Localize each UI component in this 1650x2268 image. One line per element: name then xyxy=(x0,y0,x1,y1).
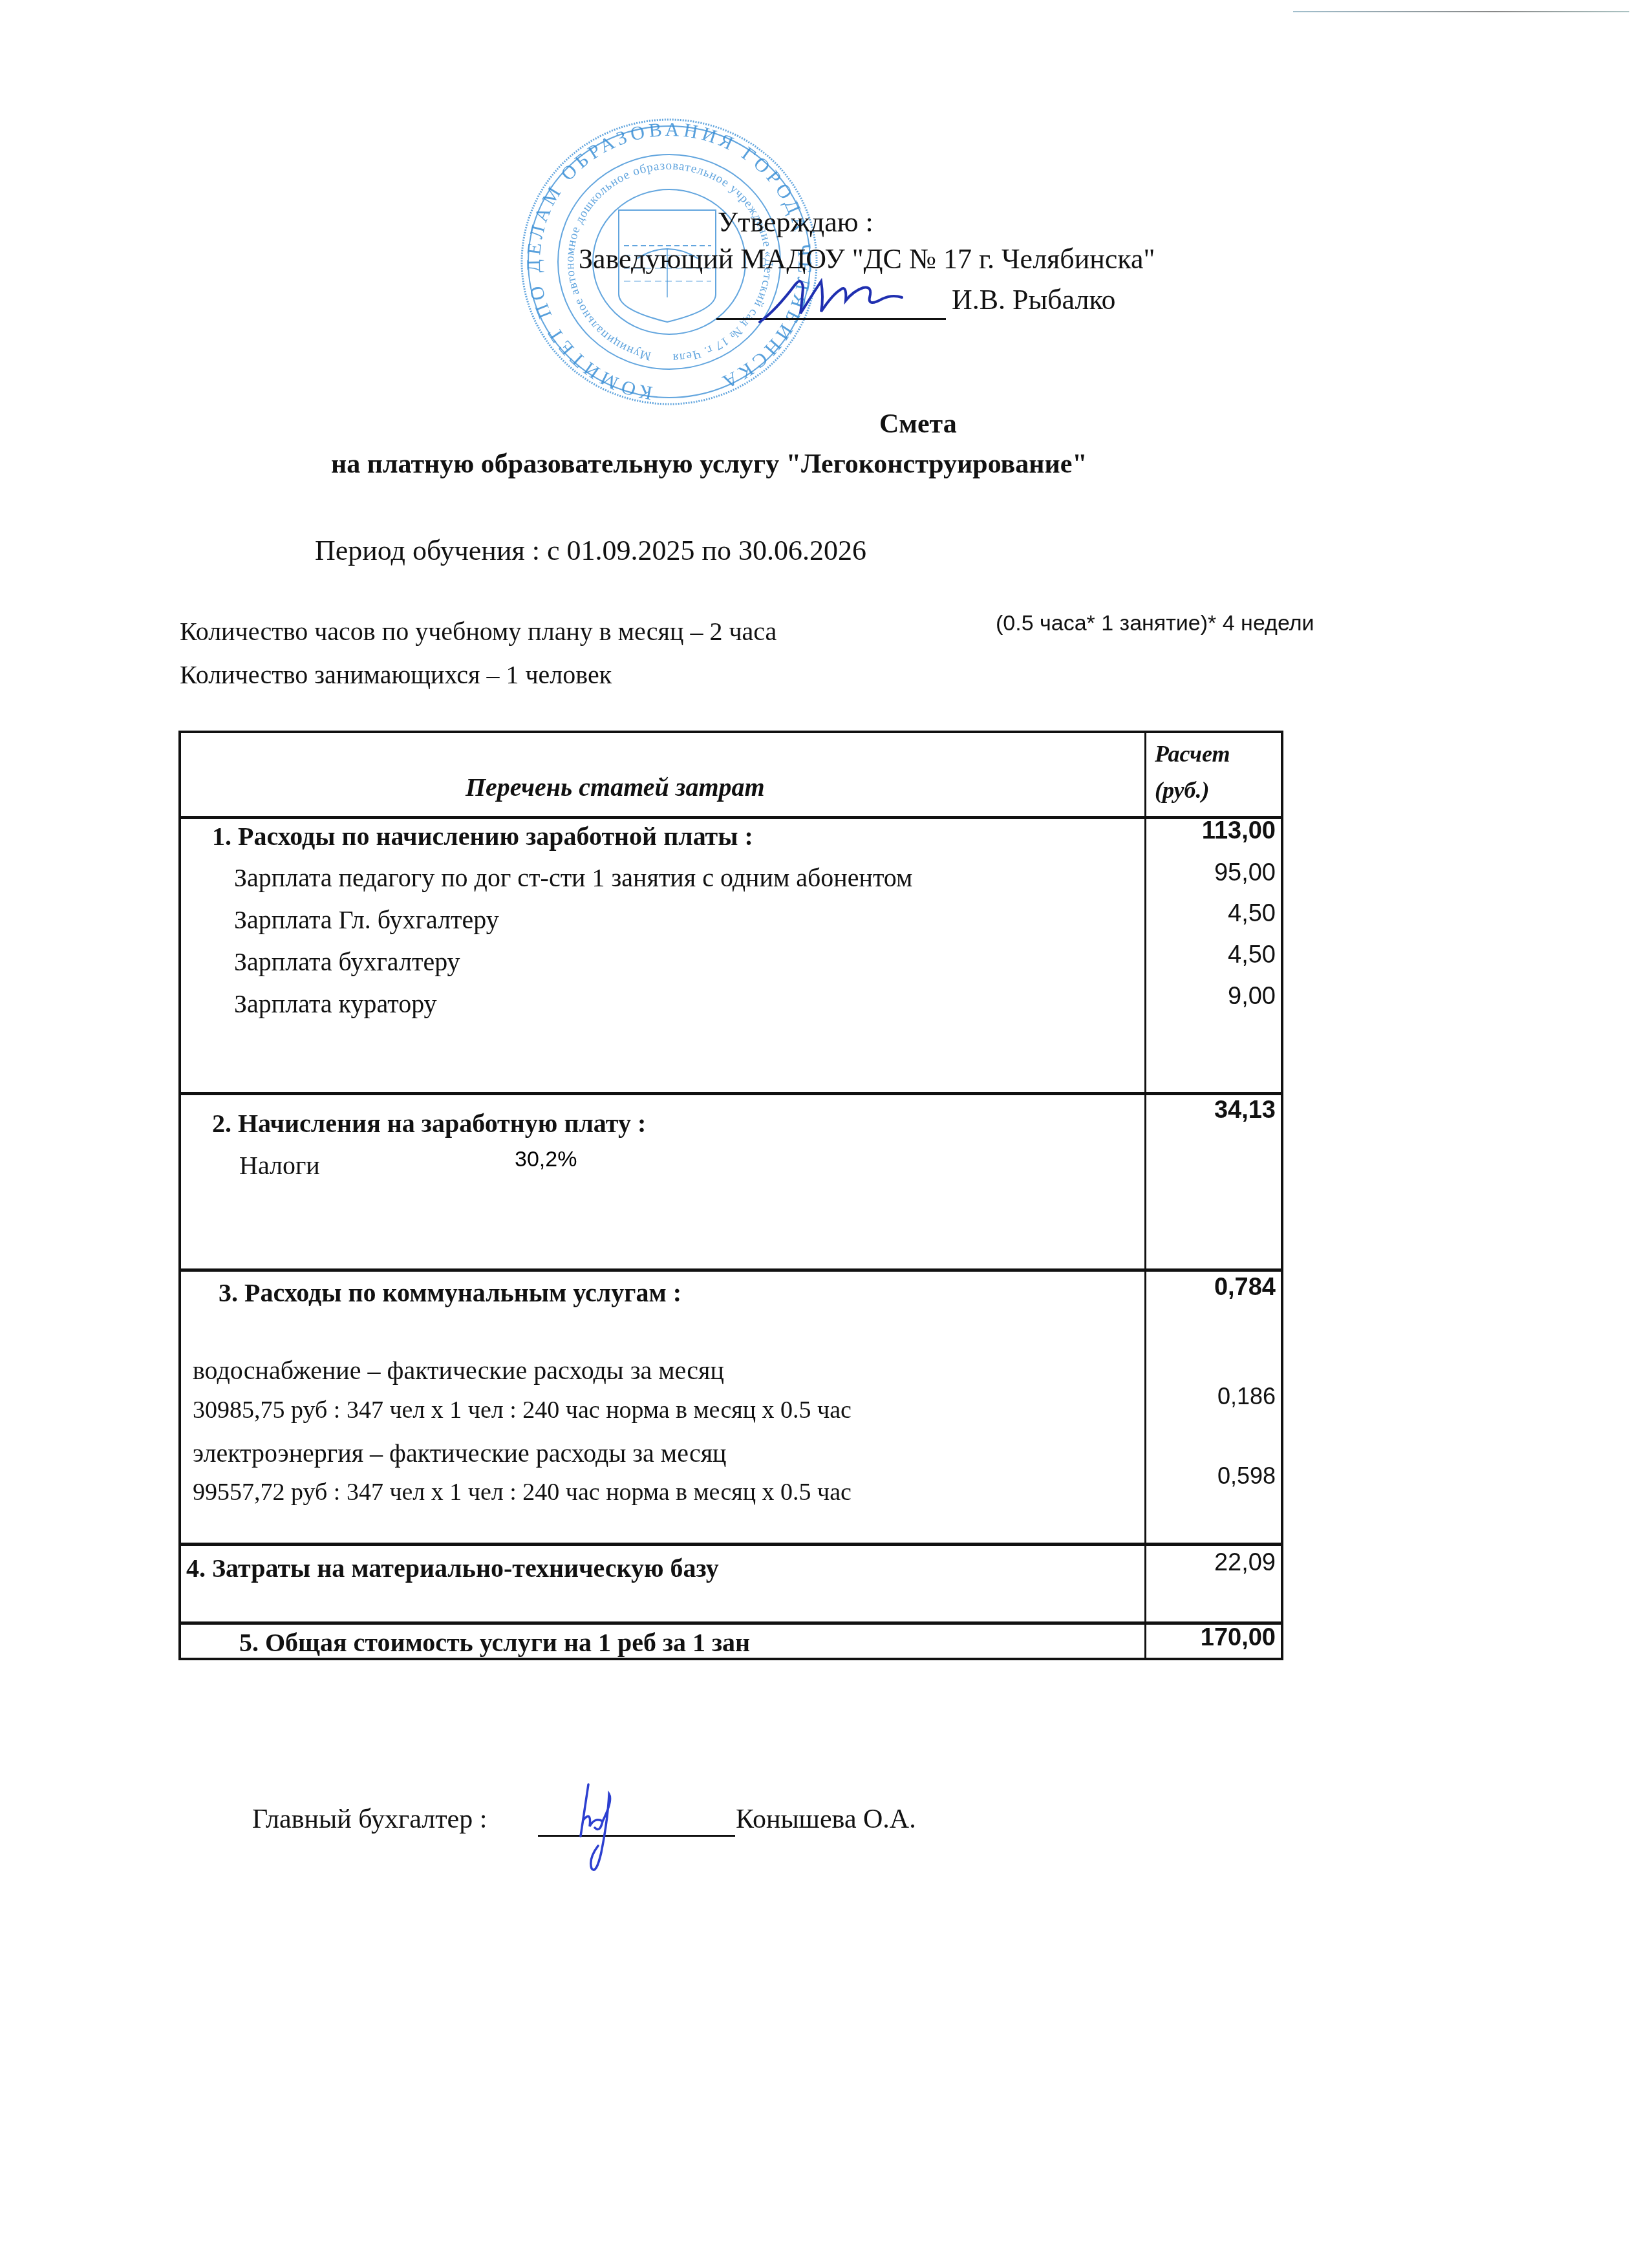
section-5-total: 170,00 xyxy=(1201,1624,1276,1652)
section-1-item-2-value: 4,50 xyxy=(1228,900,1276,928)
header-items-column: Перечень статей затрат xyxy=(466,772,765,802)
section-3-item-2: электроэнергия – фактические расходы за … xyxy=(193,1438,726,1468)
section-3-item-1: водоснабжение – фактические расходы за м… xyxy=(193,1355,724,1385)
header-divider xyxy=(181,816,1281,819)
section-1-item-1-value: 95,00 xyxy=(1214,859,1276,887)
document-title: Смета xyxy=(879,409,957,440)
section-1-item-4: Зарплата куратору xyxy=(234,989,437,1019)
cost-estimate-table: Перечень статей затрат Расчет (руб.) 1. … xyxy=(178,731,1283,1660)
study-period: Период обучения : с 01.09.2025 по 30.06.… xyxy=(315,534,866,567)
students-count: Количество занимающихся – 1 человек xyxy=(180,659,612,690)
header-calc-column: Расчет (руб.) xyxy=(1155,736,1230,808)
section-3-item-2-formula: 99557,72 руб : 347 чел х 1 чел : 240 час… xyxy=(193,1478,852,1506)
chief-accountant-label: Главный бухгалтер : xyxy=(252,1804,487,1835)
section-3-title: 3. Расходы по коммунальным услугам : xyxy=(219,1278,681,1308)
section-4-total: 22,09 xyxy=(1214,1549,1276,1577)
section-1-title: 1. Расходы по начислению заработной плат… xyxy=(212,821,753,851)
row-divider xyxy=(181,1268,1281,1272)
document-subtitle: на платную образовательную услугу "Легок… xyxy=(331,449,1087,480)
section-1-item-4-value: 9,00 xyxy=(1228,983,1276,1011)
section-5-title: 5. Общая стоимость услуги на 1 реб за 1 … xyxy=(239,1627,750,1658)
approval-heading: Утверждаю : xyxy=(718,206,873,239)
chief-accountant-signature-icon xyxy=(562,1781,640,1878)
header-calc-line1: Расчет xyxy=(1155,736,1230,772)
section-4-title: 4. Затраты на материально-техническую ба… xyxy=(186,1553,719,1583)
section-2-tax-rate: 30,2% xyxy=(515,1147,577,1172)
chief-accountant-name: Конышева О.А. xyxy=(736,1804,916,1835)
section-1-item-2: Зарплата Гл. бухгалтеру xyxy=(234,904,499,935)
section-1-item-3: Зарплата бухгалтеру xyxy=(234,947,460,977)
document-page: КОМИТЕТ ПО ДЕЛАМ ОБРАЗОВАНИЯ ГОРОДА ЧЕЛЯ… xyxy=(0,0,1650,2268)
section-1-total: 113,00 xyxy=(1202,817,1276,845)
column-divider xyxy=(1144,733,1146,1658)
row-divider xyxy=(181,1092,1281,1095)
section-1-item-1: Зарплата педагогу по дог ст-сти 1 заняти… xyxy=(234,862,912,893)
scan-artifact-line xyxy=(1293,11,1629,12)
section-2-item-1: Налоги xyxy=(239,1150,320,1181)
header-calc-line2: (руб.) xyxy=(1155,772,1230,808)
director-name: И.В. Рыбалко xyxy=(952,283,1116,316)
section-3-total: 0,784 xyxy=(1214,1274,1276,1301)
section-2-title: 2. Начисления на заработную плату : xyxy=(212,1108,646,1139)
section-3-item-1-value: 0,186 xyxy=(1217,1383,1276,1410)
section-3-item-1-formula: 30985,75 руб : 347 чел х 1 чел : 240 час… xyxy=(193,1396,852,1424)
hours-per-month: Количество часов по учебному плану в мес… xyxy=(180,616,777,647)
row-divider xyxy=(181,1543,1281,1546)
section-1-item-3-value: 4,50 xyxy=(1228,941,1276,969)
director-signature-icon xyxy=(756,272,925,323)
row-divider xyxy=(181,1621,1281,1625)
section-2-total: 34,13 xyxy=(1214,1097,1276,1124)
approval-position: Заведующий МАДОУ "ДС № 17 г. Челябинска" xyxy=(579,242,1155,275)
section-3-item-2-value: 0,598 xyxy=(1217,1462,1276,1490)
hours-formula: (0.5 часа* 1 занятие)* 4 недели xyxy=(996,611,1314,636)
